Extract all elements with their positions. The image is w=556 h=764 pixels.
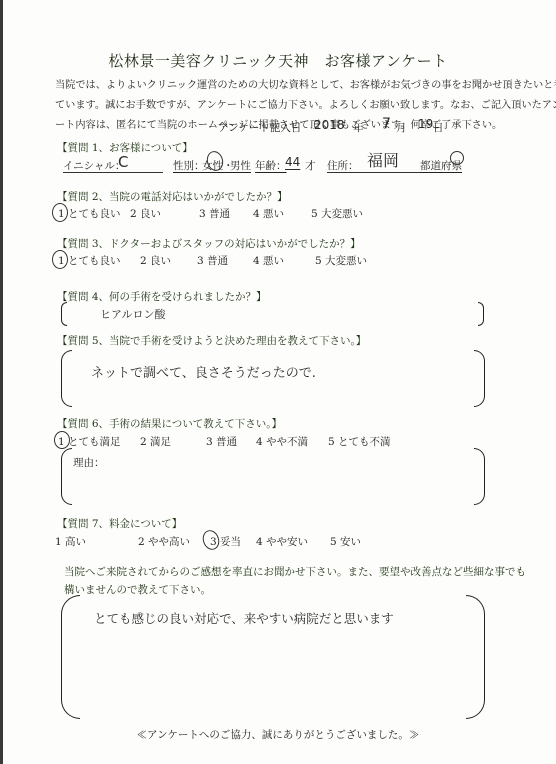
month-label: 月 bbox=[396, 120, 407, 135]
q4-answer-field[interactable]: ヒアルロン酸 bbox=[100, 306, 166, 322]
q5-answer-field[interactable]: ネットで調べて、良さそうだったので. bbox=[91, 362, 316, 381]
intro-line-2: ています。誠にお手数ですが、アンケートにご協力下さい。よろしくお願い致します。な… bbox=[55, 96, 556, 116]
q6-heading: 【質問 6、手術の結果について教えて下さい。】 bbox=[57, 416, 282, 431]
feedback-bracket-left bbox=[61, 595, 80, 719]
scan-edge bbox=[0, 0, 3, 764]
age-label: 年齢： bbox=[255, 158, 287, 173]
q2-option-3[interactable]: 3 普通 bbox=[199, 206, 230, 221]
q7-option-1[interactable]: 1 高い bbox=[55, 534, 86, 549]
q6-option-2[interactable]: 2 満足 bbox=[140, 434, 171, 449]
q3-option-4[interactable]: 4 悪い bbox=[253, 253, 284, 268]
age-field[interactable]: 44 bbox=[285, 155, 300, 169]
gender-label: 性別： bbox=[173, 158, 205, 173]
q6-option-3[interactable]: 3 普通 bbox=[206, 434, 237, 449]
q7-heading: 【質問 7、料金について】 bbox=[57, 516, 182, 531]
initial-label: イニシャル： bbox=[63, 158, 163, 173]
entry-date-label: アンケート記入日 bbox=[218, 120, 301, 135]
q7-option-5[interactable]: 5 安い bbox=[330, 534, 361, 549]
feedback-bracket-right bbox=[466, 595, 485, 719]
feedback-prompt-line-1: 当院へご来院されてからのご感想を率直にお聞かせ下さい。また、要望や改善点など些細… bbox=[64, 563, 526, 581]
q7-option-2[interactable]: 2 やや高い bbox=[138, 534, 190, 549]
q3-option-5[interactable]: 5 大変悪い bbox=[315, 253, 367, 268]
q5-bracket-right bbox=[474, 350, 485, 407]
entry-year-field[interactable]: 2018 bbox=[314, 118, 345, 132]
q2-option-2[interactable]: 2 良い bbox=[130, 206, 161, 221]
q4-bracket-right bbox=[478, 302, 484, 326]
feedback-prompt-line-2: 構いませんので教えて下さい。 bbox=[64, 581, 526, 599]
q4-bracket-left bbox=[61, 302, 67, 326]
entry-month-field[interactable]: 7 bbox=[382, 116, 391, 132]
q4-heading: 【質問 4、何の手術を受けられましたか？】 bbox=[57, 289, 267, 304]
address-field[interactable]: 福岡 bbox=[367, 148, 399, 171]
q3-selected-circle bbox=[52, 250, 68, 269]
q3-option-2[interactable]: 2 良い bbox=[140, 253, 171, 268]
entry-day-field[interactable]: 19 bbox=[418, 117, 433, 131]
q3-heading: 【質問 3、ドクターおよびスタッフの対応はいかがでしたか？】 bbox=[57, 236, 361, 251]
q3-option-3[interactable]: 3 普通 bbox=[197, 253, 228, 268]
q6-option-5[interactable]: 5 とても不満 bbox=[328, 434, 391, 449]
q5-heading: 【質問 5、当院で手術を受けようと決めた理由を教えて下さい。】 bbox=[57, 333, 366, 348]
year-label: 年 bbox=[353, 120, 364, 135]
q2-option-4[interactable]: 4 悪い bbox=[253, 206, 284, 221]
q2-selected-circle bbox=[52, 203, 68, 222]
initial-field[interactable]: C bbox=[118, 153, 128, 171]
q7-option-4[interactable]: 4 やや安い bbox=[256, 534, 308, 549]
intro-text: 当院では、よりよいクリニック運営のための大切な資料として、お客様がお気づきの事を… bbox=[55, 76, 556, 136]
address-label: 住所： bbox=[327, 158, 359, 173]
q2-option-5[interactable]: 5 大変悪い bbox=[311, 206, 363, 221]
q6-bracket-right bbox=[474, 448, 485, 505]
q6-option-4[interactable]: 4 やや不満 bbox=[256, 434, 308, 449]
q6-selected-circle bbox=[54, 431, 70, 449]
q6-reason-label: 理由： bbox=[73, 455, 105, 470]
intro-line-1: 当院では、よりよいクリニック運営のための大切な資料として、お客様がお気づきの事を… bbox=[55, 76, 556, 96]
day-label: 日 bbox=[433, 120, 444, 135]
thanks-message: ≪アンケートへのご協力、誠にありがとうございました。≫ bbox=[0, 727, 556, 742]
intro-line-3: ート内容は、匿名にて当院のホームページに掲載させて頂く事もございます。何卒ご了承… bbox=[55, 116, 556, 136]
feedback-answer-field[interactable]: とても感じの良い対応で、来やすい病院だと思います bbox=[94, 609, 394, 627]
prefecture-selected-circle bbox=[450, 151, 464, 165]
q6-bracket-left bbox=[61, 448, 72, 505]
gender-option-male[interactable]: 男性 bbox=[230, 158, 251, 173]
q5-bracket-left bbox=[61, 350, 72, 407]
survey-title: 松林景一美容クリニック天神 お客様アンケート bbox=[0, 50, 556, 71]
feedback-prompt: 当院へご来院されてからのご感想を率直にお聞かせ下さい。また、要望や改善点など些細… bbox=[64, 563, 526, 599]
initial-underline bbox=[63, 172, 163, 173]
q2-heading: 【質問 2、当院の電話対応はいかがでしたか？】 bbox=[57, 189, 288, 204]
age-unit: 才 bbox=[305, 158, 316, 173]
